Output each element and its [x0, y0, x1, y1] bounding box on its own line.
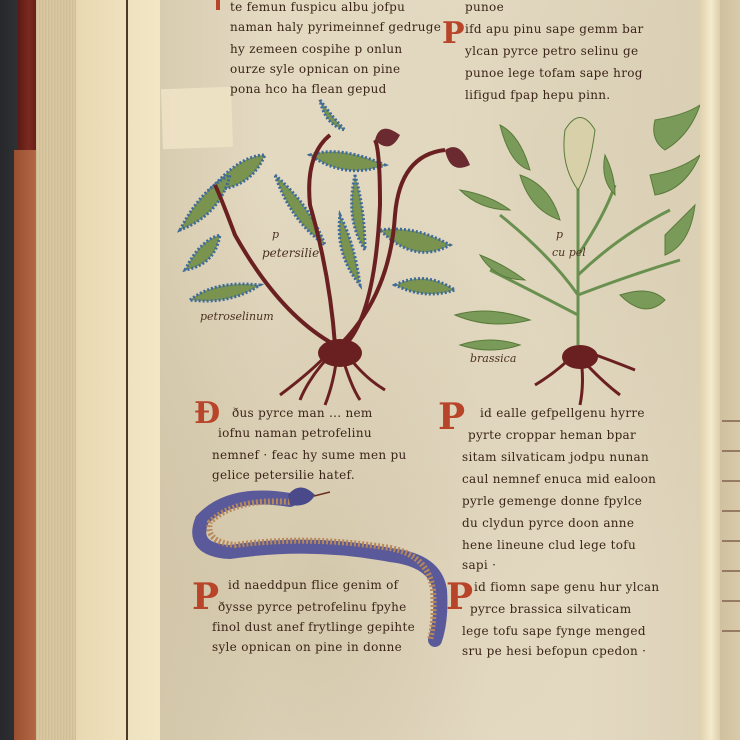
- text-line: punoe lege tofam sape hrog: [465, 66, 643, 80]
- rubric-initial: Đ: [194, 396, 220, 431]
- text-line: punoe: [465, 0, 504, 14]
- text-line: ðysse pyrce petrofelinu fpyhe: [218, 600, 407, 614]
- text-line: ifd apu pinu sape gemm bar: [465, 22, 644, 36]
- text-line: pyrce brassica silvaticam: [470, 602, 631, 616]
- text-line: finol dust anef frytlinge gepihte: [212, 620, 415, 634]
- text-line: id ealle gefpellgenu hyrre: [480, 406, 645, 420]
- facing-text-line: [722, 450, 740, 452]
- plant-illustrations: [160, 95, 705, 415]
- text-line: syle opnican on pine in donne: [212, 640, 402, 654]
- text-line: nemnef · feac hy sume men pu: [212, 448, 407, 462]
- facing-text-line: [722, 480, 740, 482]
- page-gutter-curl: [700, 0, 722, 740]
- text-line: iofnu naman petrofelinu: [218, 426, 372, 440]
- text-line: lege tofu sape fynge menged: [462, 624, 646, 638]
- plant-label-latin: petroselinum: [200, 310, 274, 323]
- flyleaf: [76, 0, 128, 740]
- facing-text-line: [722, 600, 740, 602]
- plant-label-latin: brassica: [470, 352, 516, 365]
- rubric-initial: P: [438, 396, 465, 438]
- text-line: sitam silvaticam jodpu nunan: [462, 450, 649, 464]
- facing-page-edge: [720, 0, 740, 740]
- text-line: ylcan pyrce petro selinu ge: [465, 44, 638, 58]
- text-line: hy zemeen cospihe p onlun: [230, 42, 402, 56]
- text-line: caul nemnef enuca mid ealoon: [462, 472, 656, 486]
- text-line: du clydun pyrce doon anne: [462, 516, 634, 530]
- text-line: id naeddpun flice genim of: [228, 578, 398, 592]
- rubric-stroke: [216, 0, 220, 10]
- plant-label-mark: p: [556, 228, 563, 241]
- text-line: te femun fuspicu albu jofpu: [230, 0, 405, 14]
- text-line: ourze syle opnican on pine: [230, 62, 400, 76]
- facing-text-line: [722, 420, 740, 422]
- plant-label-mark: p: [272, 228, 279, 241]
- text-line: id fiomn sape genu hur ylcan: [474, 580, 659, 594]
- facing-text-line: [722, 510, 740, 512]
- plant-label: cu pel: [552, 246, 586, 259]
- text-line: pona hco ha flean gepud: [230, 82, 387, 96]
- text-line: pyrle gemenge donne fpylce: [462, 494, 642, 508]
- text-line: naman haly pyrimeinnef gedruge: [230, 20, 441, 34]
- facing-text-line: [722, 630, 740, 632]
- text-line: ðus pyrce man ... nem: [232, 406, 373, 420]
- petroselinum-plant-drawing: [180, 100, 470, 405]
- facing-text-line: [722, 540, 740, 542]
- text-line: pyrte croppar heman bpar: [468, 428, 636, 442]
- rubric-initial: P: [192, 576, 219, 618]
- text-line: sapi ·: [462, 558, 496, 572]
- text-line: hene lineune clud lege tofu: [462, 538, 636, 552]
- text-line: sru pe hesi befopun cpedon ·: [462, 644, 646, 658]
- facing-text-line: [722, 570, 740, 572]
- page-edges: [36, 0, 76, 740]
- rubric-initial: P: [442, 16, 465, 51]
- plant-label: petersilie: [262, 246, 319, 260]
